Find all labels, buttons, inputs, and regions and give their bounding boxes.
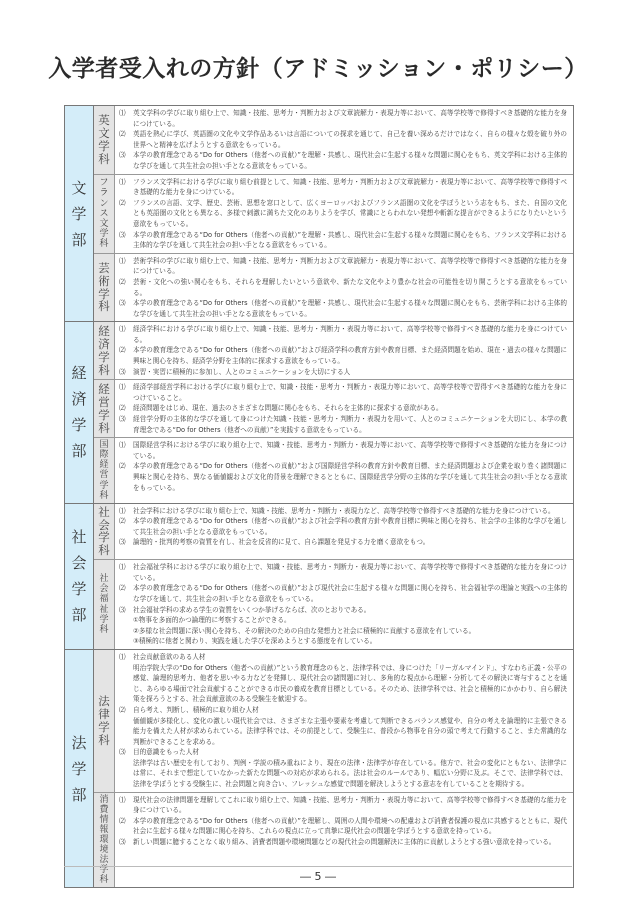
item-number: ⑴	[119, 382, 133, 403]
policy-item: ⑶論理的・批判的考察の資質を有し、社会を反省的に見て、自ら課題を発見する力を磨く…	[119, 537, 567, 548]
item-text: 新しい問題に臆することなく取り組み、消費者問題や環境問題などの現代社会の問題解決…	[133, 837, 567, 848]
item-number: ⑶	[119, 230, 133, 251]
item-text: 社会学科における学びに取り組む上で、知識・技能、思考力・判断力・表現力など、高等…	[133, 506, 567, 517]
item-number: ⑴	[119, 256, 133, 277]
department-label: 社会学科	[94, 504, 115, 560]
policy-item: ⑵本学の教育理念である“Do for Others（他者への貢献）”および現代社…	[119, 583, 567, 604]
item-body: 経済学科における学びに取り組む上で、知識・技能、思考力・判断力・表現力等において…	[133, 324, 567, 345]
item-body: 本学の教育理念である“Do for Others（他者への貢献）”および現代社会…	[133, 583, 567, 604]
policy-items: ⑴経済学部経営学科における学びに取り組む上で、知識・技能・思考力・判断力・表現力…	[115, 380, 573, 437]
faculty-section: 文学部英文学科⑴英文学科の学びに取り組む上で、知識・技能、思考力・判断力および文…	[65, 106, 573, 322]
policy-items: ⑴国際経営学科における学びに取り組む上で、知識・技能、思考力・判断力・表現力等に…	[115, 438, 573, 502]
item-number: ⑴	[119, 108, 133, 129]
item-number: ⑵	[119, 816, 133, 837]
item-body: 経済問題をはじめ、現在、過去のさまざまな問題に関心をもち、それらを主体的に探求す…	[133, 403, 567, 414]
item-number: ⑵	[119, 403, 133, 414]
policy-item: ⑶演習・実習に積極的に参加し、人とのコミュニケーションを大切にする人	[119, 367, 567, 378]
policy-item: ⑴経済学部経営学科における学びに取り組む上で、知識・技能・思考力・判断力・表現力…	[119, 382, 567, 403]
item-number: ⑵	[119, 583, 133, 604]
item-text: フランス文学科における学びに取り組む前提として、知識・技能、思考力・判断力および…	[133, 177, 567, 198]
department-label: 経営学科	[94, 380, 115, 437]
item-text: 社会福祉学科における学びに取り組む上で、知識・技能、思考力・判断力・表現力等にお…	[133, 562, 567, 583]
item-body: 本学の教育理念である“Do for Others（他者への貢献）”および社会学科…	[133, 516, 567, 537]
item-body: 社会福祉学科における学びに取り組む上で、知識・技能、思考力・判断力・表現力等にお…	[133, 562, 567, 583]
item-number: ⑶	[119, 150, 133, 171]
item-body: 本学の教育理念である“Do for Others（他者への貢献）”および国際経営…	[133, 461, 567, 493]
item-text: 経済学部経営学科における学びに取り組む上で、知識・技能・思考力・判断力・表現力等…	[133, 382, 567, 403]
item-body: 経済学部経営学科における学びに取り組む上で、知識・技能・思考力・判断力・表現力等…	[133, 382, 567, 403]
item-number: ⑶	[119, 747, 133, 789]
policy-item: ⑴社会貢献意欲のある人材明治学院大学の“Do for Others（他者への貢献…	[119, 652, 567, 705]
item-body: 社会貢献意欲のある人材明治学院大学の“Do for Others（他者への貢献）…	[133, 652, 567, 705]
page-title: 入学者受入れの方針（アドミッション・ポリシー）	[0, 50, 636, 83]
item-text: 経済学科における学びに取り組む上で、知識・技能、思考力・判断力・表現力等において…	[133, 324, 567, 345]
item-text: 経済問題をはじめ、現在、過去のさまざまな問題に関心をもち、それらを主体的に探求す…	[133, 403, 567, 414]
policy-items: ⑴社会福祉学科における学びに取り組む上で、知識・技能、思考力・判断力・表現力等に…	[115, 560, 573, 649]
faculty-section: 社会学部社会学科⑴社会学科における学びに取り組む上で、知識・技能、思考力・判断力…	[65, 504, 573, 650]
item-subtext: 明治学院大学の“Do for Others（他者への貢献）”という教育理念のもと…	[133, 663, 567, 705]
policy-item: ⑵本学の教育理念である“Do for Others（他者への貢献）”を理解し、周…	[119, 816, 567, 837]
item-body: 自ら考え、判断し、積極的に取り組む人材価値観が多様化し、変化の激しい現代社会では…	[133, 705, 567, 747]
item-number: ⑶	[119, 837, 133, 848]
item-body: 芸術・文化への強い関心をもち、それらを理解したいという意欲や、新たな文化やより豊…	[133, 277, 567, 298]
department-label: 芸術学科	[94, 254, 115, 322]
policy-items: ⑴社会貢献意欲のある人材明治学院大学の“Do for Others（他者への貢献…	[115, 650, 573, 792]
item-body: 新しい問題に臆することなく取り組み、消費者問題や環境問題などの現代社会の問題解決…	[133, 837, 567, 848]
policy-item: ⑵自ら考え、判断し、積極的に取り組む人材価値観が多様化し、変化の激しい現代社会で…	[119, 705, 567, 747]
item-number: ⑵	[119, 705, 133, 747]
item-number: ⑵	[119, 129, 133, 150]
item-subtext: 法律学は古い歴史を有しており、判例・学説の積み重ねにより、現在の法律・法律学が存…	[133, 758, 567, 790]
item-subtext: ②多様な社会問題に深い関心を持ち、その解決のための自由な発想力と社会に積極的に貢…	[133, 626, 567, 637]
item-body: 社会福祉学科の求める学生の資質をいくつか挙げるならば、次のとおりである。①物事を…	[133, 605, 567, 647]
item-body: 本学の教育理念である“Do for Others（他者への貢献）”を理解し、周囲…	[133, 816, 567, 837]
policy-item: ⑵本学の教育理念である“Do for Others（他者への貢献）”および社会学…	[119, 516, 567, 537]
department-row: 法律学科⑴社会貢献意欲のある人材明治学院大学の“Do for Others（他者…	[94, 650, 573, 793]
item-number: ⑶	[119, 367, 133, 378]
policy-item: ⑵経済問題をはじめ、現在、過去のさまざまな問題に関心をもち、それらを主体的に探求…	[119, 403, 567, 414]
item-text: 社会貢献意欲のある人材	[133, 652, 567, 663]
item-text: 本学の教育理念である“Do for Others（他者への貢献）”を理解・共感し…	[133, 150, 567, 171]
policy-item: ⑵フランスの言語、文学、歴史、芸術、思想を窓口として、広くヨーロッパおよびフラン…	[119, 198, 567, 230]
policy-item: ⑴フランス文学科における学びに取り組む前提として、知識・技能、思考力・判断力およ…	[119, 177, 567, 198]
faculty-label: 法学部	[65, 650, 94, 887]
item-number: ⑴	[119, 652, 133, 705]
item-body: フランス文学科における学びに取り組む前提として、知識・技能、思考力・判断力および…	[133, 177, 567, 198]
department-row: 芸術学科⑴芸術学科の学びに取り組む上で、知識・技能、思考力・判断力および文章読解…	[94, 254, 573, 322]
policy-item: ⑶本学の教育理念である“Do for Others（他者への貢献）”を理解・共感…	[119, 298, 567, 319]
policy-item: ⑴英文学科の学びに取り組む上で、知識・技能、思考力・判断力および文章読解力・表現…	[119, 108, 567, 129]
item-body: 本学の教育理念である“Do for Others（他者への貢献）”を理解・共感し…	[133, 230, 567, 251]
policy-items: ⑴経済学科における学びに取り組む上で、知識・技能、思考力・判断力・表現力等におい…	[115, 322, 573, 379]
item-number: ⑴	[119, 440, 133, 461]
item-number: ⑴	[119, 324, 133, 345]
department-row: フランス文学科⑴フランス文学科における学びに取り組む前提として、知識・技能、思考…	[94, 175, 573, 254]
department-row: 経営学科⑴経済学部経営学科における学びに取り組む上で、知識・技能・思考力・判断力…	[94, 380, 573, 438]
item-number: ⑵	[119, 461, 133, 493]
item-body: 芸術学科の学びに取り組む上で、知識・技能、思考力・判断力および文章読解力・表現力…	[133, 256, 567, 277]
item-number: ⑶	[119, 605, 133, 647]
item-body: フランスの言語、文学、歴史、芸術、思想を窓口として、広くヨーロッパおよびフランス…	[133, 198, 567, 230]
item-text: 英語を熱心に学び、英語圏の文化や文学作品あるいは言語についての探求を通じて、自己…	[133, 129, 567, 150]
item-text: 本学の教育理念である“Do for Others（他者への貢献）”を理解・共感し…	[133, 298, 567, 319]
item-text: 本学の教育理念である“Do for Others（他者への貢献）”および現代社会…	[133, 583, 567, 604]
item-number: ⑴	[119, 506, 133, 517]
item-text: 本学の教育理念である“Do for Others（他者への貢献）”および経済学科…	[133, 345, 567, 366]
policy-item: ⑵芸術・文化への強い関心をもち、それらを理解したいという意欲や、新たな文化やより…	[119, 277, 567, 298]
department-list: 法律学科⑴社会貢献意欲のある人材明治学院大学の“Do for Others（他者…	[94, 650, 573, 887]
item-body: 論理的・批判的考察の資質を有し、社会を反省的に見て、自ら課題を発見する力を磨く意…	[133, 537, 567, 548]
item-number: ⑶	[119, 298, 133, 319]
item-number: ⑵	[119, 277, 133, 298]
item-text: フランスの言語、文学、歴史、芸術、思想を窓口として、広くヨーロッパおよびフランス…	[133, 198, 567, 230]
faculty-section: 法学部法律学科⑴社会貢献意欲のある人材明治学院大学の“Do for Others…	[65, 650, 573, 887]
item-number: ⑴	[119, 562, 133, 583]
department-label: 経済学科	[94, 322, 115, 379]
department-row: 社会学科⑴社会学科における学びに取り組む上で、知識・技能、思考力・判断力・表現力…	[94, 504, 573, 561]
policy-item: ⑵本学の教育理念である“Do for Others（他者への貢献）”および国際経…	[119, 461, 567, 493]
item-text: 自ら考え、判断し、積極的に取り組む人材	[133, 705, 567, 716]
item-subtext: ①物事を多面的かつ論理的に考察することができる。	[133, 615, 567, 626]
item-text: 芸術学科の学びに取り組む上で、知識・技能、思考力・判断力および文章読解力・表現力…	[133, 256, 567, 277]
footer-divider	[64, 866, 572, 867]
department-row: 英文学科⑴英文学科の学びに取り組む上で、知識・技能、思考力・判断力および文章読解…	[94, 106, 573, 175]
policy-item: ⑶社会福祉学科の求める学生の資質をいくつか挙げるならば、次のとおりである。①物事…	[119, 605, 567, 647]
department-row: 国際経営学科⑴国際経営学科における学びに取り組む上で、知識・技能、思考力・判断力…	[94, 438, 573, 502]
faculty-label: 社会学部	[65, 504, 94, 649]
item-number: ⑵	[119, 345, 133, 366]
policy-item: ⑶本学の教育理念である“Do for Others（他者への貢献）”を理解・共感…	[119, 150, 567, 171]
policy-items: ⑴芸術学科の学びに取り組む上で、知識・技能、思考力・判断力および文章読解力・表現…	[115, 254, 573, 322]
item-body: 本学の教育理念である“Do for Others（他者への貢献）”および経済学科…	[133, 345, 567, 366]
item-text: 目的意識をもった人材	[133, 747, 567, 758]
item-text: 芸術・文化への強い関心をもち、それらを理解したいという意欲や、新たな文化やより豊…	[133, 277, 567, 298]
policy-item: ⑴経済学科における学びに取り組む上で、知識・技能、思考力・判断力・表現力等におい…	[119, 324, 567, 345]
item-text: 社会福祉学科の求める学生の資質をいくつか挙げるならば、次のとおりである。	[133, 605, 567, 616]
item-text: 論理的・批判的考察の資質を有し、社会を反省的に見て、自ら課題を発見する力を磨く意…	[133, 537, 567, 548]
department-label: 社会福祉学科	[94, 560, 115, 649]
department-label: フランス文学科	[94, 175, 115, 253]
faculty-label: 文学部	[65, 106, 94, 321]
item-body: 演習・実習に積極的に参加し、人とのコミュニケーションを大切にする人	[133, 367, 567, 378]
policy-item: ⑴芸術学科の学びに取り組む上で、知識・技能、思考力・判断力および文章読解力・表現…	[119, 256, 567, 277]
item-body: 本学の教育理念である“Do for Others（他者への貢献）”を理解・共感し…	[133, 150, 567, 171]
policy-items: ⑴フランス文学科における学びに取り組む前提として、知識・技能、思考力・判断力およ…	[115, 175, 573, 253]
faculty-label: 経済学部	[65, 322, 94, 502]
department-list: 経済学科⑴経済学科における学びに取り組む上で、知識・技能、思考力・判断力・表現力…	[94, 322, 573, 502]
item-body: 経営学分野の主体的な学びを通して身につけた知識・技能・思考力・判断力・表現力を用…	[133, 414, 567, 435]
item-number: ⑴	[119, 177, 133, 198]
item-number: ⑶	[119, 414, 133, 435]
item-subtext: 価値観が多様化し、変化の激しい現代社会では、さまざまな主張や要素を考慮して判断で…	[133, 716, 567, 748]
department-list: 英文学科⑴英文学科の学びに取り組む上で、知識・技能、思考力・判断力および文章読解…	[94, 106, 573, 321]
policy-item: ⑶新しい問題に臆することなく取り組み、消費者問題や環境問題などの現代社会の問題解…	[119, 837, 567, 848]
item-subtext: ③積極的に他者と関わり、実践を通した学びを深めようとする態度を有している。	[133, 636, 567, 647]
item-body: 本学の教育理念である“Do for Others（他者への貢献）”を理解・共感し…	[133, 298, 567, 319]
policy-item: ⑴社会学科における学びに取り組む上で、知識・技能、思考力・判断力・表現力など、高…	[119, 506, 567, 517]
department-label: 英文学科	[94, 106, 115, 174]
item-text: 経営学分野の主体的な学びを通して身につけた知識・技能・思考力・判断力・表現力を用…	[133, 414, 567, 435]
policy-item: ⑴国際経営学科における学びに取り組む上で、知識・技能、思考力・判断力・表現力等に…	[119, 440, 567, 461]
faculty-section: 経済学部経済学科⑴経済学科における学びに取り組む上で、知識・技能、思考力・判断力…	[65, 322, 573, 503]
policy-items: ⑴社会学科における学びに取り組む上で、知識・技能、思考力・判断力・表現力など、高…	[115, 504, 573, 560]
item-body: 国際経営学科における学びに取り組む上で、知識・技能、思考力・判断力・表現力等にお…	[133, 440, 567, 461]
item-number: ⑶	[119, 537, 133, 548]
department-list: 社会学科⑴社会学科における学びに取り組む上で、知識・技能、思考力・判断力・表現力…	[94, 504, 573, 649]
item-body: 目的意識をもった人材法律学は古い歴史を有しており、判例・学説の積み重ねにより、現…	[133, 747, 567, 789]
item-body: 社会学科における学びに取り組む上で、知識・技能、思考力・判断力・表現力など、高等…	[133, 506, 567, 517]
policy-item: ⑴現代社会の法律問題を理解してこれに取り組む上で、知識・技能、思考力・判断力・表…	[119, 795, 567, 816]
department-row: 社会福祉学科⑴社会福祉学科における学びに取り組む上で、知識・技能、思考力・判断力…	[94, 560, 573, 649]
page-number: ― 5 ―	[0, 870, 636, 883]
policy-item: ⑶経営学分野の主体的な学びを通して身につけた知識・技能・思考力・判断力・表現力を…	[119, 414, 567, 435]
item-text: 本学の教育理念である“Do for Others（他者への貢献）”および国際経営…	[133, 461, 567, 493]
item-body: 英文学科の学びに取り組む上で、知識・技能、思考力・判断力および文章読解力・表現力…	[133, 108, 567, 129]
item-text: 本学の教育理念である“Do for Others（他者への貢献）”を理解・共感し…	[133, 230, 567, 251]
item-number: ⑵	[119, 516, 133, 537]
policy-items: ⑴英文学科の学びに取り組む上で、知識・技能、思考力・判断力および文章読解力・表現…	[115, 106, 573, 174]
item-number: ⑵	[119, 198, 133, 230]
policy-item: ⑵本学の教育理念である“Do for Others（他者への貢献）”および経済学…	[119, 345, 567, 366]
item-text: 本学の教育理念である“Do for Others（他者への貢献）”および社会学科…	[133, 516, 567, 537]
item-text: 本学の教育理念である“Do for Others（他者への貢献）”を理解し、周囲…	[133, 816, 567, 837]
policy-item: ⑴社会福祉学科における学びに取り組む上で、知識・技能、思考力・判断力・表現力等に…	[119, 562, 567, 583]
item-text: 演習・実習に積極的に参加し、人とのコミュニケーションを大切にする人	[133, 367, 567, 378]
item-text: 英文学科の学びに取り組む上で、知識・技能、思考力・判断力および文章読解力・表現力…	[133, 108, 567, 129]
item-number: ⑴	[119, 795, 133, 816]
item-text: 国際経営学科における学びに取り組む上で、知識・技能、思考力・判断力・表現力等にお…	[133, 440, 567, 461]
item-body: 現代社会の法律問題を理解してこれに取り組む上で、知識・技能、思考力・判断力・表現…	[133, 795, 567, 816]
item-text: 現代社会の法律問題を理解してこれに取り組む上で、知識・技能、思考力・判断力・表現…	[133, 795, 567, 816]
policy-item: ⑶目的意識をもった人材法律学は古い歴史を有しており、判例・学説の積み重ねにより、…	[119, 747, 567, 789]
policy-item: ⑶本学の教育理念である“Do for Others（他者への貢献）”を理解・共感…	[119, 230, 567, 251]
policy-item: ⑵英語を熱心に学び、英語圏の文化や文学作品あるいは言語についての探求を通じて、自…	[119, 129, 567, 150]
department-label: 国際経営学科	[94, 438, 115, 502]
department-row: 経済学科⑴経済学科における学びに取り組む上で、知識・技能、思考力・判断力・表現力…	[94, 322, 573, 380]
department-label: 法律学科	[94, 650, 115, 792]
admission-policy-table: 文学部英文学科⑴英文学科の学びに取り組む上で、知識・技能、思考力・判断力および文…	[64, 105, 574, 888]
item-body: 英語を熱心に学び、英語圏の文化や文学作品あるいは言語についての探求を通じて、自己…	[133, 129, 567, 150]
